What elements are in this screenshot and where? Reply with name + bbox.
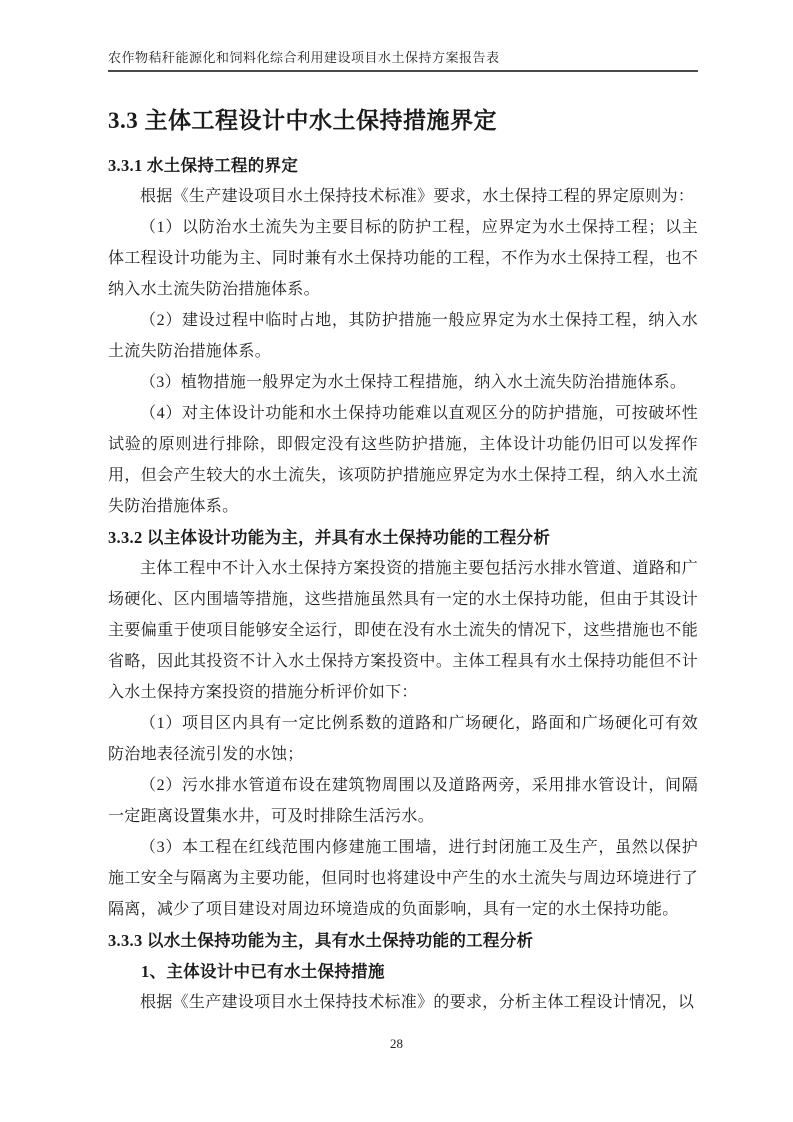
paragraph-332-item-3: （3）本工程在红线范围内修建施工围墙，进行封闭施工及生产，虽然以保护施工安全与隔…: [108, 832, 698, 925]
paragraph-331-item-1: （1）以防治水土流失为主要目标的防护工程，应界定为水土保持工程；以主体工程设计功…: [108, 212, 698, 305]
section-title-3-3: 3.3 主体工程设计中水土保持措施界定: [108, 100, 698, 142]
page-number: 28: [390, 1036, 403, 1051]
list-item-heading-1: 1、主体设计中已有水土保持措施: [108, 956, 698, 987]
page-running-header: 农作物秸秆能源化和饲料化综合利用建设项目水土保持方案报告表: [108, 50, 698, 72]
running-header-title: 农作物秸秆能源化和饲料化综合利用建设项目水土保持方案报告表: [108, 50, 500, 65]
paragraph-331-item-4: （4）对主体设计功能和水土保持功能难以直观区分的防护措施，可按破坏性试验的原则进…: [108, 398, 698, 522]
paragraph-332-intro: 主体工程中不计入水土保持方案投资的措施主要包括污水排水管道、道路和广场硬化、区内…: [108, 553, 698, 708]
paragraph-332-item-2: （2）污水排水管道布设在建筑物周围以及道路两旁，采用排水管设计，间隔一定距离设置…: [108, 770, 698, 832]
document-body: 3.3 主体工程设计中水土保持措施界定 3.3.1 水土保持工程的界定 根据《生…: [108, 100, 698, 1018]
subsection-heading-3-3-1: 3.3.1 水土保持工程的界定: [108, 150, 698, 181]
subsection-heading-3-3-2: 3.3.2 以主体设计功能为主，并具有水土保持功能的工程分析: [108, 522, 698, 553]
document-page: 农作物秸秆能源化和饲料化综合利用建设项目水土保持方案报告表 3.3 主体工程设计…: [0, 0, 793, 1122]
paragraph-331-intro: 根据《生产建设项目水土保持技术标准》要求，水土保持工程的界定原则为：: [108, 181, 698, 212]
paragraph-332-item-1: （1）项目区内具有一定比例系数的道路和广场硬化，路面和广场硬化可有效防治地表径流…: [108, 708, 698, 770]
page-footer: 28: [0, 1036, 793, 1052]
paragraph-333-intro: 根据《生产建设项目水土保持技术标准》的要求，分析主体工程设计情况，以: [108, 987, 698, 1018]
subsection-heading-3-3-3: 3.3.3 以水土保持功能为主，具有水土保持功能的工程分析: [108, 925, 698, 956]
paragraph-331-item-3: （3）植物措施一般界定为水土保持工程措施，纳入水土流失防治措施体系。: [108, 367, 698, 398]
paragraph-331-item-2: （2）建设过程中临时占地，其防护措施一般应界定为水土保持工程，纳入水土流失防治措…: [108, 305, 698, 367]
